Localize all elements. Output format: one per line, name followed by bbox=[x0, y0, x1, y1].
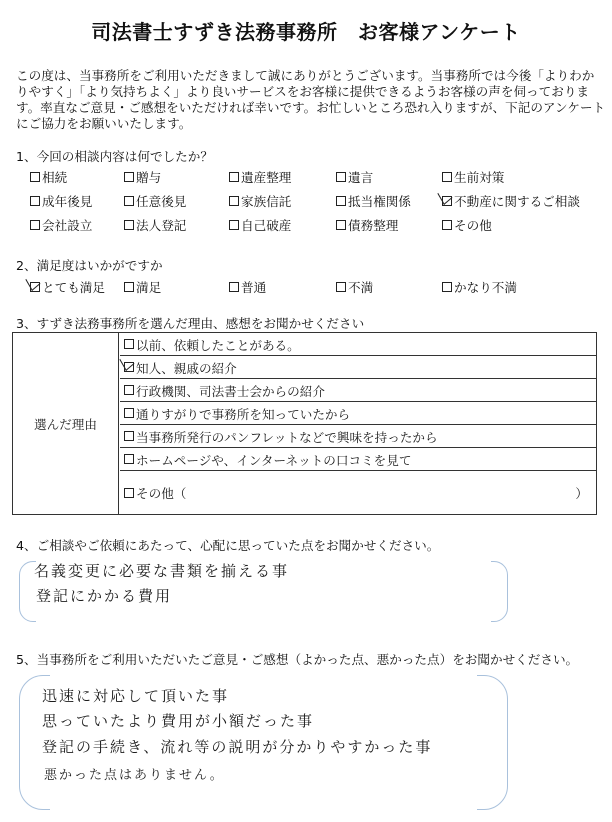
q1-option-souzoku[interactable]: 相続 bbox=[30, 167, 67, 186]
q1-option-houjin-touki[interactable]: 法人登記 bbox=[124, 215, 186, 234]
checkbox-icon[interactable] bbox=[229, 220, 239, 230]
q2-option-futsuu[interactable]: 普通 bbox=[229, 277, 266, 296]
q3-option-previous-client[interactable]: 以前、依頼したことがある。 bbox=[120, 333, 596, 356]
q1-option-kaisha-setsuritsu[interactable]: 会社設立 bbox=[30, 215, 92, 234]
q1-option-saimu-seiri[interactable]: 債務整理 bbox=[336, 215, 398, 234]
q1-option-jiko-hasan[interactable]: 自己破産 bbox=[229, 215, 291, 234]
checkbox-icon[interactable] bbox=[124, 408, 134, 418]
q5-answer-line-3: 登記の手続き、流れ等の説明が分かりやすかった事 bbox=[42, 736, 432, 757]
q1-option-seizen-taisaku[interactable]: 生前対策 bbox=[442, 167, 504, 186]
checkbox-icon[interactable] bbox=[124, 282, 134, 292]
question-1-label: 1、今回の相談内容は何でしたか？ bbox=[16, 146, 213, 165]
checkbox-icon[interactable] bbox=[124, 488, 134, 498]
survey-title: 司法書士すずき法務事務所 お客様アンケート bbox=[0, 16, 612, 45]
checkbox-icon[interactable] bbox=[30, 196, 40, 206]
checkbox-icon[interactable] bbox=[442, 282, 452, 292]
checkbox-icon[interactable] bbox=[124, 196, 134, 206]
q5-answer-line-2: 思っていたより費用が小額だった事 bbox=[42, 710, 314, 731]
q1-option-sonota[interactable]: その他 bbox=[442, 215, 492, 234]
checkbox-icon[interactable] bbox=[442, 220, 452, 230]
q2-option-kanari-fuman[interactable]: かなり不満 bbox=[442, 277, 517, 296]
intro-text: この度は、当事務所をご利用いただきまして誠にありがとうございます。当事務所では今… bbox=[16, 68, 606, 132]
q1-option-teitouken[interactable]: 抵当権関係 bbox=[336, 191, 411, 210]
q3-option-referral-agency[interactable]: 行政機関、司法書士会からの紹介 bbox=[120, 379, 596, 402]
checkbox-icon[interactable] bbox=[124, 220, 134, 230]
q1-option-kazoku-shintaku[interactable]: 家族信託 bbox=[229, 191, 291, 210]
q3-option-website-reviews[interactable]: ホームページや、インターネットの口コミを見て bbox=[120, 448, 596, 471]
checkbox-checked-icon[interactable] bbox=[30, 282, 40, 292]
reason-row-header: 選んだ理由 bbox=[13, 333, 119, 514]
q3-option-referral-acquaintance[interactable]: 知人、親戚の紹介 bbox=[120, 356, 596, 379]
checkbox-icon[interactable] bbox=[336, 196, 346, 206]
checkbox-icon[interactable] bbox=[442, 172, 452, 182]
q3-option-other[interactable]: その他（） bbox=[120, 471, 596, 514]
question-4-label: 4、ご相談やご依頼にあたって、心配に思っていた点をお聞かせください。 bbox=[16, 535, 439, 554]
checkbox-icon[interactable] bbox=[30, 172, 40, 182]
question-3-label: 3、すずき法務事務所を選んだ理由、感想をお聞かせください bbox=[16, 313, 364, 332]
checkbox-icon[interactable] bbox=[336, 220, 346, 230]
checkbox-icon[interactable] bbox=[124, 431, 134, 441]
checkbox-icon[interactable] bbox=[30, 220, 40, 230]
checkbox-icon[interactable] bbox=[229, 282, 239, 292]
question-5-label: 5、当事務所をご利用いただいたご意見・ご感想（よかった点、悪かった点）をお聞かせ… bbox=[16, 649, 578, 668]
checkbox-icon[interactable] bbox=[336, 282, 346, 292]
checkbox-icon[interactable] bbox=[124, 385, 134, 395]
q1-option-yuigon[interactable]: 遺言 bbox=[336, 167, 373, 186]
other-close-paren: ） bbox=[575, 483, 588, 502]
q3-option-passing-by[interactable]: 通りすがりで事務所を知っていたから bbox=[120, 402, 596, 425]
q1-option-seinen-kouken[interactable]: 成年後見 bbox=[30, 191, 92, 210]
checkbox-icon[interactable] bbox=[124, 339, 134, 349]
q5-answer-line-1: 迅速に対応して頂いた事 bbox=[42, 685, 229, 706]
q1-option-zouyo[interactable]: 贈与 bbox=[124, 167, 161, 186]
checkbox-checked-icon[interactable] bbox=[442, 196, 452, 206]
question-2-label: 2、満足度はいかがですか bbox=[16, 255, 163, 274]
q2-option-totemo-manzoku[interactable]: とても満足 bbox=[30, 277, 105, 296]
q1-option-nini-kouken[interactable]: 任意後見 bbox=[124, 191, 186, 210]
q2-option-fuman[interactable]: 不満 bbox=[336, 277, 373, 296]
q1-option-isan-seiri[interactable]: 遺産整理 bbox=[229, 167, 291, 186]
q3-option-pamphlet[interactable]: 当事務所発行のパンフレットなどで興味を持ったから bbox=[120, 425, 596, 448]
q4-answer-line-1: 名義変更に必要な書類を揃える事 bbox=[34, 560, 289, 581]
checkbox-checked-icon[interactable] bbox=[124, 362, 134, 372]
checkbox-icon[interactable] bbox=[229, 196, 239, 206]
q2-option-manzoku[interactable]: 満足 bbox=[124, 277, 161, 296]
checkbox-icon[interactable] bbox=[229, 172, 239, 182]
q5-answer-line-4: 悪かった点はありません。 bbox=[44, 764, 225, 783]
q4-answer-line-2: 登記にかかる費用 bbox=[36, 585, 172, 606]
checkbox-icon[interactable] bbox=[336, 172, 346, 182]
checkbox-icon[interactable] bbox=[124, 172, 134, 182]
reason-table: 選んだ理由 以前、依頼したことがある。 知人、親戚の紹介 行政機関、司法書士会か… bbox=[12, 332, 597, 515]
q1-option-fudousan[interactable]: 不動産に関するご相談 bbox=[442, 191, 580, 210]
checkbox-icon[interactable] bbox=[124, 454, 134, 464]
